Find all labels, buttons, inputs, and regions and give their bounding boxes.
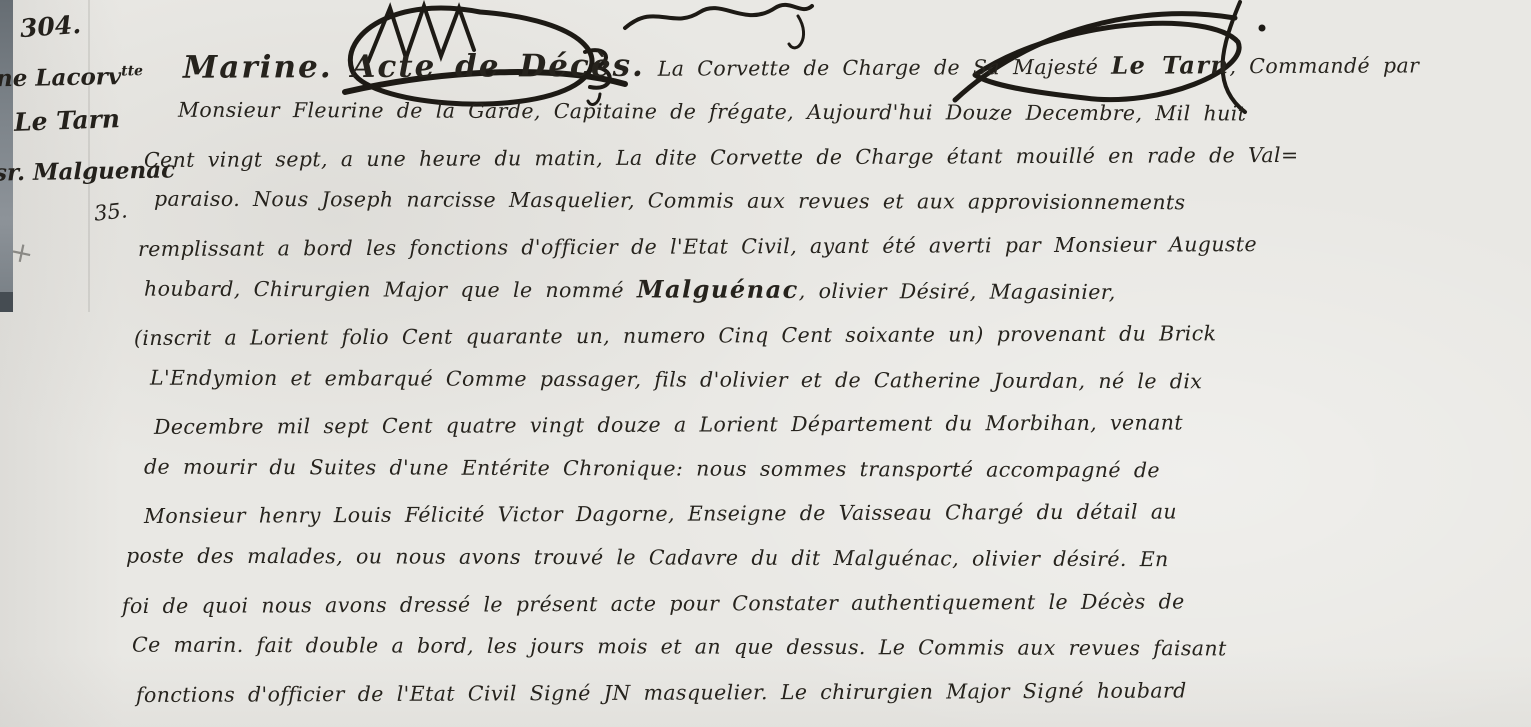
text-line: Monsieur henry Louis Félicité Victor Dag… bbox=[120, 488, 1526, 539]
text-line: (inscrit a Lorient folio Cent quarante u… bbox=[120, 310, 1526, 361]
text-segment: Decembre mil sept Cent quatre vingt douz… bbox=[154, 411, 1183, 439]
text-line: Marine. Acte de Décès. La Corvette de Ch… bbox=[120, 37, 1526, 93]
text-line: Cent vingt sept, a une heure du matin, L… bbox=[120, 132, 1526, 183]
text-segment: foi de quoi nous avons dressé le présent… bbox=[122, 589, 1185, 618]
text-line: paraiso. Nous Joseph narcisse Masquelier… bbox=[120, 177, 1526, 227]
text-line: de mourir du Suites d'une Entérite Chron… bbox=[120, 444, 1526, 494]
text-segment: (inscrit a Lorient folio Cent quarante u… bbox=[134, 321, 1217, 350]
cross-mark: + bbox=[7, 234, 37, 271]
text-line: fonctions d'officier de l'Etat Civil Sig… bbox=[120, 667, 1526, 718]
text-segment: , olivier Désiré, Magasinier, bbox=[799, 279, 1116, 304]
text-segment: houbard, Chirurgien Major que le nommé bbox=[144, 277, 637, 303]
document-title: Acte de Décès. bbox=[351, 48, 645, 85]
text-line: Monsieur Fleurine de la Garde, Capitaine… bbox=[120, 88, 1526, 138]
text-segment: fonctions d'officier de l'Etat Civil Sig… bbox=[136, 678, 1187, 707]
text-line: Decembre mil sept Cent quatre vingt douz… bbox=[120, 399, 1526, 450]
text-segment: remplissant a bord les fonctions d'offic… bbox=[138, 232, 1257, 261]
body-text: Marine. Acte de Décès. La Corvette de Ch… bbox=[120, 40, 1526, 714]
text-segment: de mourir du Suites d'une Entérite Chron… bbox=[144, 454, 1160, 482]
margin-ship-name: Le Tarn bbox=[14, 104, 121, 137]
text-line: L'Endymion et embarqué Comme passager, f… bbox=[120, 355, 1526, 405]
document-title: Marine. bbox=[183, 49, 352, 86]
text-segment: Monsieur Fleurine de la Garde, Capitaine… bbox=[178, 98, 1246, 126]
text-segment: , Commandé par bbox=[1229, 53, 1419, 78]
text-segment: paraiso. Nous Joseph narcisse Masquelier… bbox=[154, 187, 1186, 215]
emphasized-name: Malguénac bbox=[637, 275, 799, 305]
text-segment: Ce marin. fait double a bord, les jours … bbox=[132, 633, 1227, 661]
margin-record-number: 304. bbox=[19, 10, 82, 43]
text-line: foi de quoi nous avons dressé le présent… bbox=[120, 577, 1526, 628]
text-segment: La Corvette de Charge de Sa Majesté bbox=[645, 55, 1112, 81]
text-line: houbard, Chirurgien Major que le nommé M… bbox=[120, 266, 1526, 316]
text-segment: Monsieur henry Louis Félicité Victor Dag… bbox=[144, 500, 1177, 529]
margin-ship-note-text: ne Lacorv bbox=[0, 63, 121, 92]
emphasized-name: Le Tarn bbox=[1111, 50, 1229, 80]
text-line: remplissant a bord les fonctions d'offic… bbox=[120, 221, 1526, 272]
text-line: poste des malades, ou nous avons trouvé … bbox=[120, 533, 1526, 583]
text-segment: L'Endymion et embarqué Comme passager, f… bbox=[150, 365, 1202, 393]
scanned-document-page: 304. ne Lacorvtte Le Tarn sr. Malguenac … bbox=[0, 0, 1531, 727]
text-segment: poste des malades, ou nous avons trouvé … bbox=[126, 544, 1169, 572]
scanner-edge-cap bbox=[0, 292, 13, 312]
paper-fold-line bbox=[88, 0, 90, 312]
text-line: Ce marin. fait double a bord, les jours … bbox=[120, 623, 1526, 673]
text-segment: Cent vingt sept, a une heure du matin, L… bbox=[144, 143, 1299, 172]
